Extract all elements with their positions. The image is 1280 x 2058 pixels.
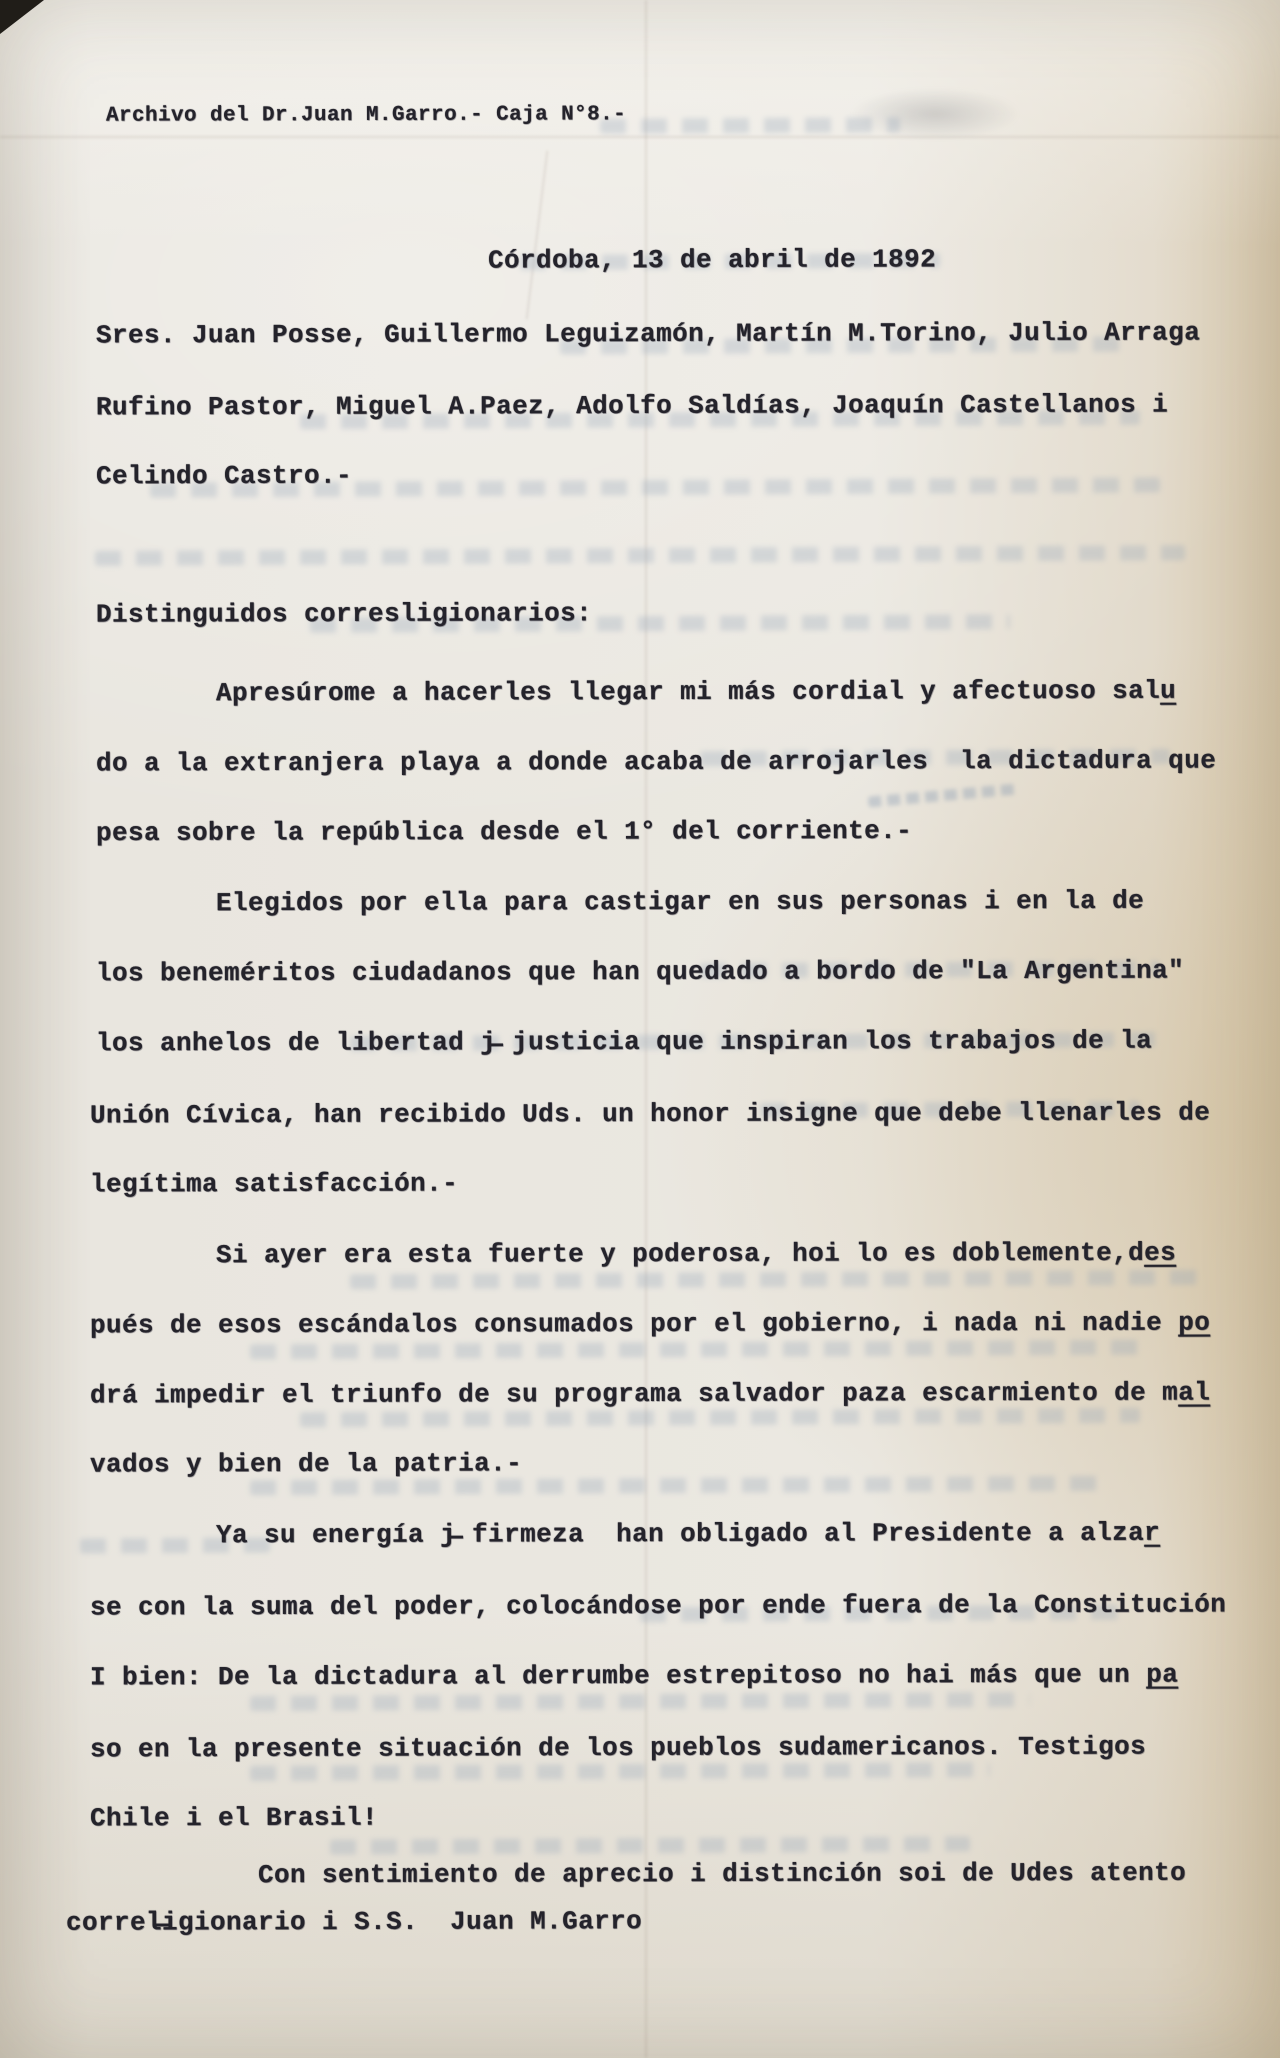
paragraph-line: se con la suma del poder, colocándose po…: [90, 1589, 1226, 1624]
paragraph-line: los beneméritos ciudadanos que han queda…: [96, 955, 1184, 990]
recipient-line: Celindo Castro.-: [96, 460, 352, 493]
signature-line: correl̶igionario i S.S. Juan M.Garro: [66, 1905, 642, 1939]
bleed-ghost-line: [95, 545, 1185, 566]
paragraph-line: pués de esos escándalos consumados por e…: [90, 1307, 1210, 1342]
line-continuation-underline: po: [1178, 1308, 1210, 1338]
line-continuation-underline: u: [1160, 676, 1176, 706]
paragraph-line: vados y bien de la patria.-: [90, 1447, 522, 1480]
photo-corner-shadow: [0, 0, 44, 34]
paragraph-line: drá impedir el triunfo de su programa sa…: [90, 1377, 1210, 1412]
line-continuation-underline: r: [1144, 1518, 1160, 1548]
crease-diagonal-date: [526, 151, 549, 320]
archive-note: Archivo del Dr.Juan M.Garro.- Caja N°8.-: [106, 99, 626, 132]
dateline: Córdoba, 13 de abril de 1892: [488, 243, 936, 276]
bleed-ghost-line: [350, 1270, 1210, 1290]
bleed-ghost-line: [250, 1762, 990, 1781]
line-continuation-underline: pa: [1146, 1660, 1178, 1690]
bleed-ghost-line: [300, 1408, 1140, 1427]
bleed-ghost-line: [250, 1692, 1030, 1711]
paragraph-line: do a la extranjera playa a donde acaba d…: [96, 745, 1216, 780]
bleed-ghost-handwriting: [868, 783, 1018, 807]
paragraph-line: I bien: De la dictadura al derrumbe estr…: [90, 1659, 1178, 1694]
paragraph-line: Unión Cívica, han recibido Uds. un honor…: [90, 1097, 1210, 1132]
crease-horizontal-top: [0, 136, 1280, 138]
paragraph-line: Si ayer era esta fuerte y poderosa, hoi …: [216, 1237, 1176, 1272]
closing-line: Con sentimiento de aprecio i distinción …: [258, 1857, 1186, 1891]
bleed-ghost-line: [600, 117, 900, 134]
line-continuation-underline: al: [1178, 1378, 1210, 1408]
paragraph-line: Ya su energía j̶ firmeza han obligado al…: [216, 1517, 1160, 1551]
paragraph-line: legítima satisfacción.-: [90, 1168, 458, 1201]
line-continuation-underline: es: [1144, 1238, 1176, 1268]
paragraph-line: pesa sobre la república desde el 1° del …: [96, 815, 912, 849]
paragraph-line: so en la presente situación de los puebl…: [90, 1731, 1146, 1766]
paragraph-line: Chile i el Brasil!: [90, 1802, 378, 1835]
paragraph-line: los anhelos de libertad j̶ justicia que …: [96, 1025, 1152, 1060]
recipient-line: Sres. Juan Posse, Guillermo Leguizamón, …: [96, 317, 1200, 352]
salutation: Distinguidos corresligionarios:: [96, 597, 592, 630]
recipient-line: Rufino Pastor, Miguel A.Paez, Adolfo Sal…: [96, 389, 1168, 424]
bleed-ghost-line: [250, 1340, 1150, 1360]
paragraph-line: Elegidos por ella para castigar en sus p…: [216, 885, 1144, 919]
letter-page: Archivo del Dr.Juan M.Garro.- Caja N°8.-…: [0, 0, 1280, 2058]
paragraph-line: Apresúrome a hacerles llegar mi más cord…: [216, 675, 1176, 710]
bleed-ghost-line: [330, 1836, 970, 1854]
